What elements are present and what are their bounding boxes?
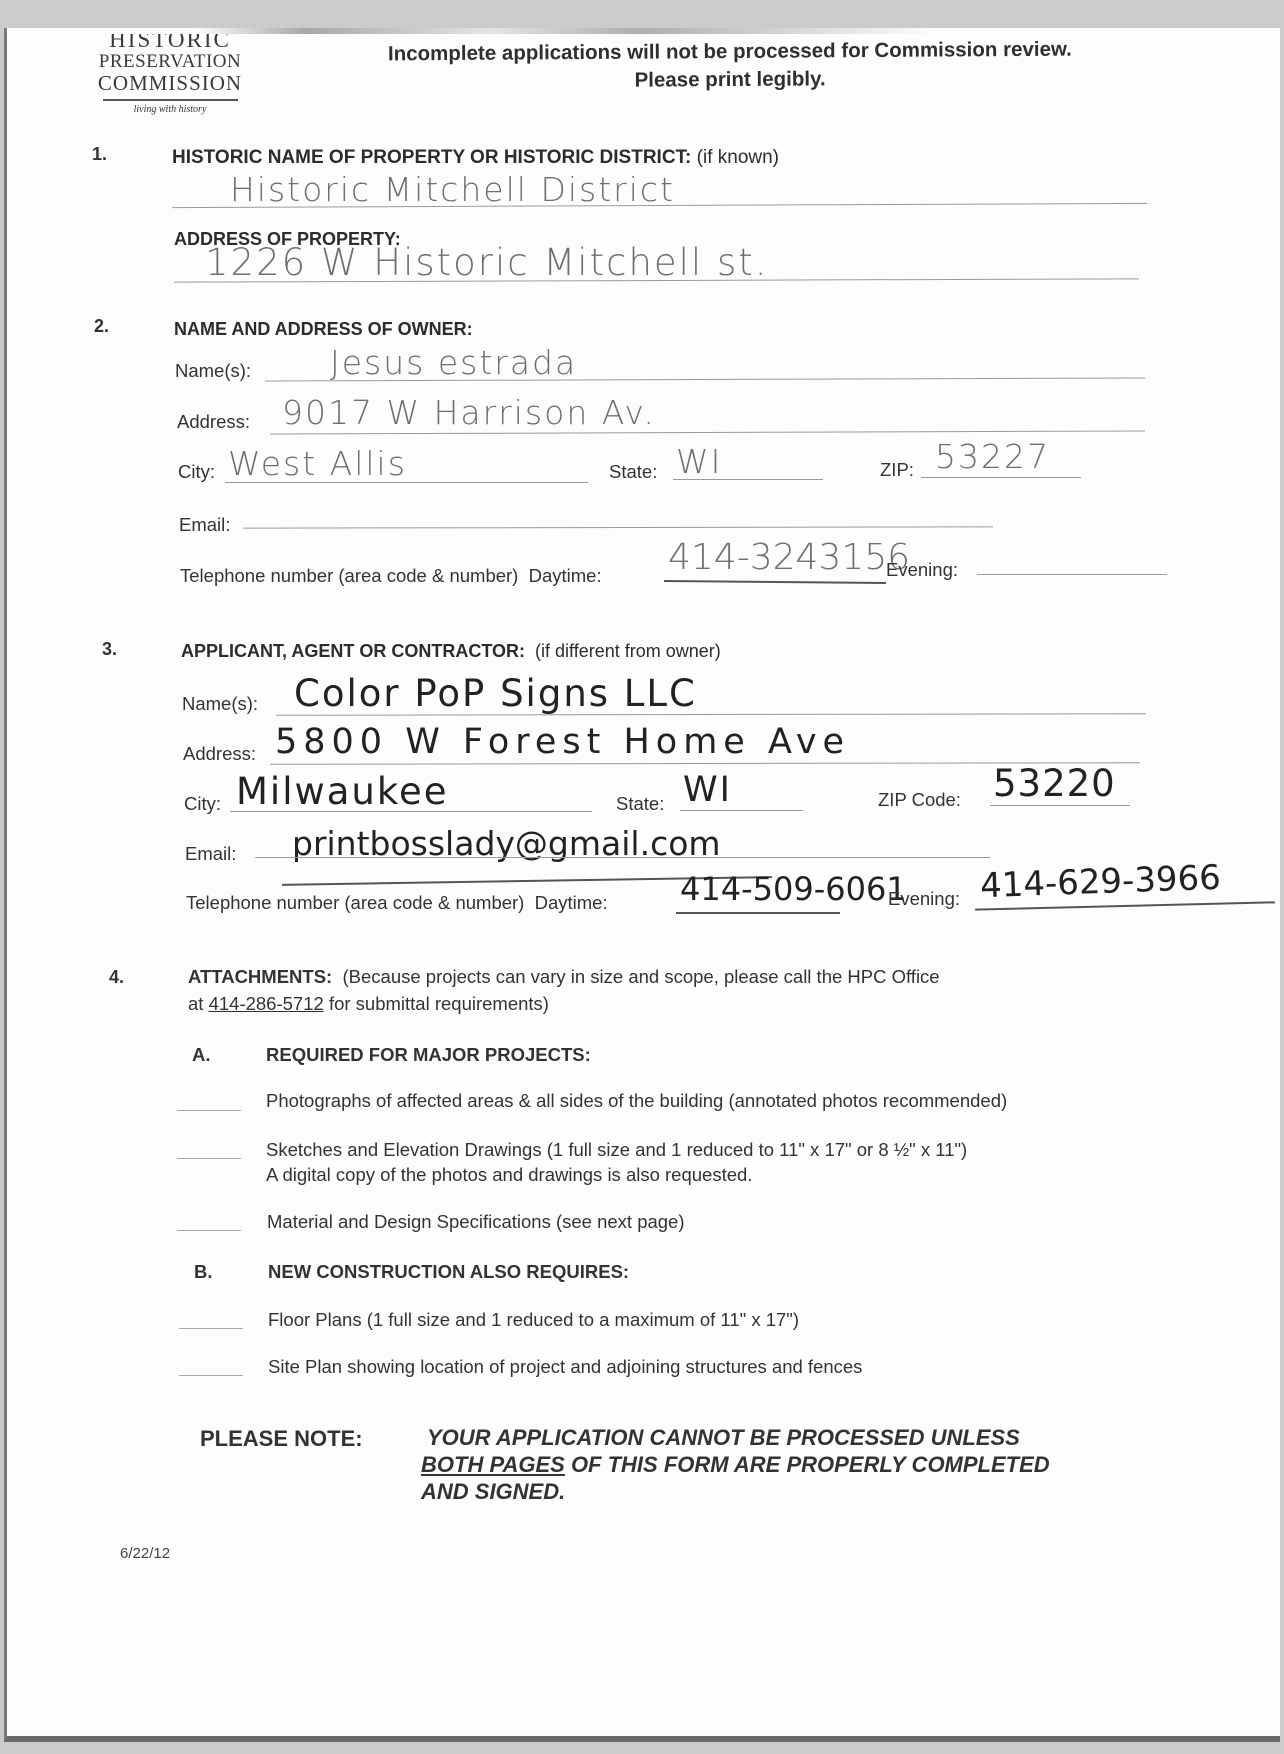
section-1-heading: HISTORIC NAME OF PROPERTY OR HISTORIC DI…: [172, 147, 779, 169]
attachment-sketches-note: A digital copy of the photos and drawing…: [266, 1162, 752, 1187]
please-note-label: PLEASE NOTE:: [200, 1426, 363, 1452]
section-1-heading-text: HISTORIC NAME OF PROPERTY OR HISTORIC DI…: [172, 147, 691, 168]
logo-line-1: HISTORIC: [109, 34, 231, 50]
applicant-name-field[interactable]: Color PoP Signs LLC: [294, 672, 697, 715]
owner-zip-field[interactable]: 53227: [935, 437, 1050, 476]
owner-zip-label: ZIP:: [880, 459, 914, 481]
owner-zip-line: [921, 477, 1081, 478]
please-note-line-3: AND SIGNED.: [421, 1478, 565, 1505]
applicant-zip-field[interactable]: 53220: [993, 762, 1116, 805]
section-3-heading: APPLICANT, AGENT OR CONTRACTOR: (if diff…: [181, 641, 721, 662]
attachments-intro: ATTACHMENTS: (Because projects can vary …: [188, 964, 940, 989]
part-b-title: NEW CONSTRUCTION ALSO REQUIRES:: [268, 1259, 629, 1284]
attachments-intro-line-2: at 414-286-5712 for submittal requiremen…: [188, 991, 549, 1016]
owner-address-label: Address:: [177, 411, 250, 433]
owner-state-label: State:: [609, 461, 657, 483]
applicant-state-field[interactable]: WI: [683, 770, 732, 810]
logo-line-2: PRESERVATION: [90, 52, 250, 71]
section-2-heading: NAME AND ADDRESS OF OWNER:: [174, 319, 473, 340]
applicant-state-label: State:: [616, 793, 664, 815]
owner-daytime-label: Daytime:: [529, 565, 602, 586]
applicant-phone-label: Telephone number (area code & number) Da…: [186, 892, 608, 914]
applicant-city-line: [230, 811, 592, 812]
attachments-intro-at: at: [188, 993, 203, 1014]
section-4-number: 4.: [109, 967, 124, 988]
applicant-state-line: [680, 810, 803, 811]
owner-city-label: City:: [178, 461, 215, 483]
applicant-city-field[interactable]: Milwaukee: [236, 770, 449, 813]
notice-line-2: Please print legibly.: [360, 63, 1100, 96]
owner-city-line: [225, 482, 588, 483]
applicant-zip-line: [990, 805, 1130, 806]
owner-address-field[interactable]: 9017 W Harrison Av.: [282, 393, 656, 432]
both-pages-emphasis: BOTH PAGES: [421, 1452, 565, 1477]
owner-evening-label: Evening:: [886, 559, 958, 581]
owner-city-field[interactable]: West Allis: [228, 444, 407, 483]
section-3-heading-text: APPLICANT, AGENT OR CONTRACTOR:: [181, 641, 525, 661]
owner-email-label: Email:: [179, 514, 230, 536]
form-revision-date: 6/22/12: [120, 1545, 170, 1562]
attachments-intro-tail: for submittal requirements): [329, 993, 549, 1014]
applicant-address-field[interactable]: 5800 W Forest Home Ave: [275, 722, 850, 762]
applicant-phone-label-text: Telephone number (area code & number): [186, 892, 524, 913]
attachment-sketches: Sketches and Elevation Drawings (1 full …: [266, 1137, 967, 1162]
part-a-title: REQUIRED FOR MAJOR PROJECTS:: [266, 1042, 591, 1067]
owner-phone-label: Telephone number (area code & number) Da…: [180, 565, 602, 587]
section-3-number: 3.: [102, 639, 117, 660]
checkbox-blank-specifications[interactable]: [177, 1230, 241, 1231]
section-3-heading-note: (if different from owner): [535, 641, 721, 661]
page-fold-shadow: [195, 28, 935, 34]
applicant-daytime-line: [676, 912, 840, 914]
attachment-specifications: Material and Design Specifications (see …: [267, 1209, 685, 1234]
applicant-zip-label: ZIP Code:: [878, 789, 961, 811]
applicant-name-label: Name(s):: [182, 693, 258, 715]
checkbox-blank-floor-plans[interactable]: [179, 1328, 243, 1329]
owner-evening-line: [977, 574, 1167, 575]
section-1-heading-note: (if known): [697, 147, 779, 168]
applicant-address-label: Address:: [183, 743, 256, 765]
owner-daytime-phone-field[interactable]: 414-3243156: [668, 537, 910, 578]
applicant-evening-phone-field[interactable]: 414-629-3966: [979, 858, 1221, 906]
logo-rule: [103, 99, 238, 101]
please-note-line-2-rest: OF THIS FORM ARE PROPERLY COMPLETED: [565, 1452, 1050, 1477]
applicant-email-line: [255, 857, 990, 858]
owner-phone-label-text: Telephone number (area code & number): [180, 565, 518, 586]
section-1-number: 1.: [92, 144, 107, 165]
logo-line-3: COMMISSION: [90, 73, 250, 94]
attachments-intro-line-1: (Because projects can vary in size and s…: [343, 966, 940, 987]
attachment-photographs: Photographs of affected areas & all side…: [266, 1088, 1007, 1113]
please-note-line-2: BOTH PAGES OF THIS FORM ARE PROPERLY COM…: [421, 1451, 1050, 1478]
applicant-daytime-phone-field[interactable]: 414-509-6061: [680, 870, 907, 908]
applicant-evening-label: Evening:: [888, 888, 960, 910]
hpc-office-phone-link[interactable]: 414-286-5712: [209, 993, 324, 1014]
hpc-logo: HISTORIC PRESERVATION COMMISSION living …: [90, 34, 250, 115]
checkbox-blank-photographs[interactable]: [177, 1110, 241, 1111]
attachments-heading: ATTACHMENTS:: [188, 966, 332, 987]
owner-state-field[interactable]: WI: [676, 442, 722, 481]
historic-name-field[interactable]: Historic Mitchell District: [230, 170, 675, 209]
checkbox-blank-sketches[interactable]: [177, 1158, 241, 1159]
part-b-letter: B.: [194, 1259, 213, 1284]
header-notice: Incomplete applications will not be proc…: [360, 35, 1100, 96]
applicant-email-label: Email:: [185, 843, 236, 865]
attachment-floor-plans: Floor Plans (1 full size and 1 reduced t…: [268, 1307, 799, 1332]
please-note-line-1: YOUR APPLICATION CANNOT BE PROCESSED UNL…: [427, 1424, 1020, 1451]
logo-tagline: living with history: [90, 105, 250, 115]
part-a-letter: A.: [192, 1042, 211, 1067]
owner-state-line: [673, 479, 823, 480]
notice-line-1: Incomplete applications will not be proc…: [360, 35, 1100, 68]
attachment-site-plan: Site Plan showing location of project an…: [268, 1354, 862, 1379]
applicant-daytime-label: Daytime:: [535, 892, 608, 913]
checkbox-blank-site-plan[interactable]: [179, 1375, 243, 1376]
owner-name-field[interactable]: Jesus estrada: [330, 343, 577, 382]
section-2-number: 2.: [94, 316, 109, 337]
owner-name-label: Name(s):: [175, 360, 251, 382]
applicant-city-label: City:: [184, 793, 221, 815]
property-address-field[interactable]: 1226 W Historic Mitchell st.: [205, 241, 769, 284]
